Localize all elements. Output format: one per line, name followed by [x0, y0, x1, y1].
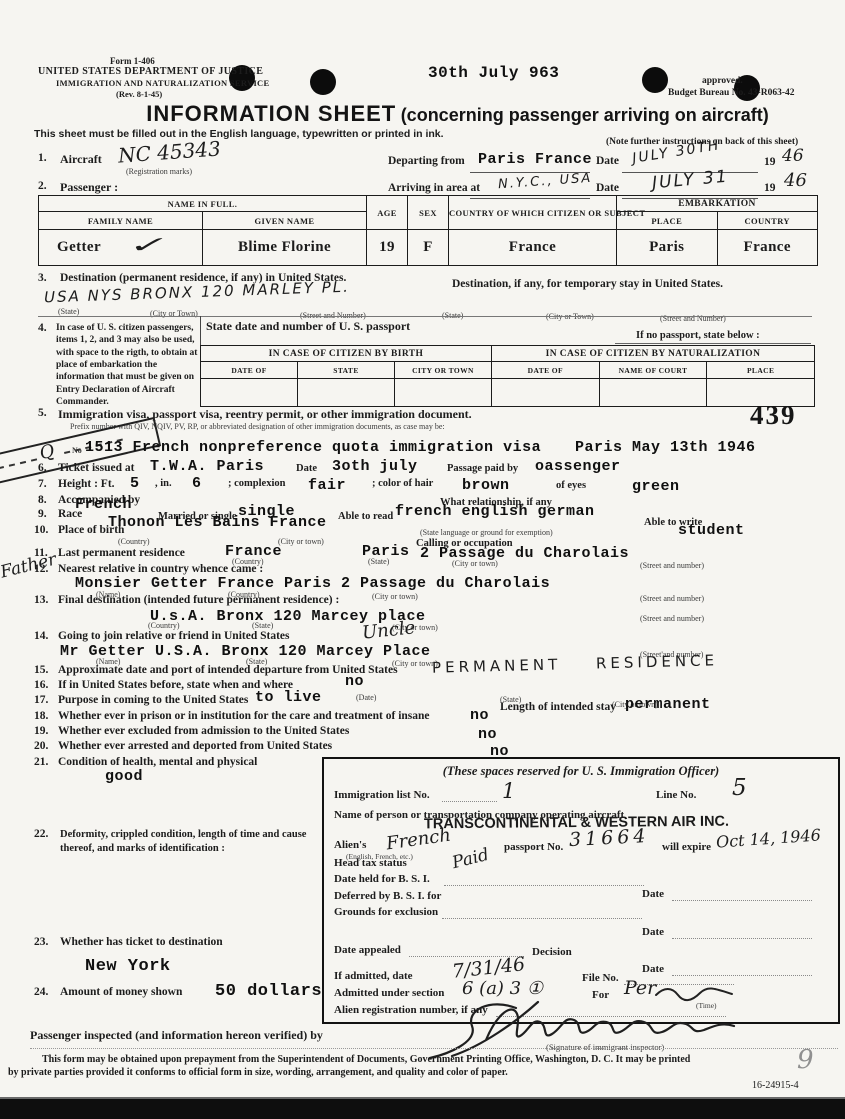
sex-header: SEX [408, 196, 449, 230]
item21-number: 21. [34, 756, 48, 768]
dotted-leader [442, 917, 642, 919]
embarkation-header: EMBARKATION [617, 196, 818, 212]
corner-stamp-letter: Q [37, 440, 56, 464]
footer-line-1: This form may be obtained upon prepaymen… [42, 1054, 690, 1065]
officer-box-title: (These spaces reserved for U. S. Immigra… [324, 764, 838, 779]
citizenship-table: IN CASE OF CITIZEN BY BIRTH IN CASE OF C… [200, 345, 815, 407]
item10-number: 10. [34, 524, 48, 536]
passport-no-label: passport No. [504, 841, 563, 853]
able-to-read-value: french english german [395, 503, 595, 520]
birth-state-col: STATE [298, 362, 395, 379]
ticket-destination-value: New York [85, 957, 171, 976]
departure-year-value: 46 [782, 146, 804, 166]
rule [38, 316, 812, 317]
dotted-leader [672, 937, 812, 939]
state-label: (State) [58, 307, 79, 316]
departing-from-label: Departing from [388, 155, 465, 167]
citizen-country-value: France [449, 230, 617, 266]
nat-date-col: DATE OF [492, 362, 600, 379]
arrival-year-prefix: 19 [764, 182, 776, 194]
ticket-issued-value: T.W.A. Paris [150, 458, 264, 475]
admitted-section-value: 6 (a) 3 ① [462, 978, 543, 999]
item17-label: Purpose in coming to the United States [58, 694, 248, 706]
print-code: 16-24915-4 [752, 1080, 799, 1091]
item24-number: 24. [34, 986, 48, 998]
height-in-label: , in. [155, 478, 172, 489]
form-title: INFORMATION SHEET (concerning passenger … [70, 101, 845, 127]
citizen-country-header: COUNTRY OF WHICH CITIZEN OR SUBJECT [449, 196, 617, 230]
item9-number: 9. [38, 508, 47, 520]
form-title-paren: (concerning passenger arriving on aircra… [401, 105, 769, 125]
item3-right-label: Destination, if any, for temporary stay … [452, 278, 723, 290]
relative-relationship-value: Uncle [361, 617, 416, 643]
date-label: Date [642, 963, 664, 975]
item1-label: Aircraft [60, 152, 102, 167]
excluded-answer: no [478, 726, 497, 743]
head-tax-label: Head tax status [334, 857, 407, 869]
height-in-value: 6 [192, 475, 202, 492]
item4-note: In case of U. S. citizen passengers, ite… [56, 322, 198, 408]
line-no-label: Line No. [656, 789, 696, 801]
decision-label: Decision [532, 946, 572, 958]
bsi-deferred-label: Deferred by B. S. I. for [334, 890, 441, 902]
service-title: IMMIGRATION AND NATURALIZATION SERVICE [56, 78, 269, 88]
hair-color-value: brown [462, 477, 510, 494]
embark-country-value: France [717, 230, 818, 266]
nearest-relative-value: Monsier Getter France Paris 2 Passage du… [75, 575, 550, 592]
handwritten-checkmark: ✓ [121, 232, 169, 258]
item22-number: 22. [34, 828, 48, 840]
item20-label: Whether ever arrested and deported from … [58, 740, 332, 752]
race-value: French [75, 496, 132, 513]
footer-line-2: by private parties provided it conforms … [8, 1067, 508, 1078]
arriving-value: N.Y.C., USA [498, 171, 593, 193]
passage-paid-value: oassenger [535, 458, 621, 475]
street-label: (Street and number) [640, 614, 704, 623]
item7-label: Height : Ft. [58, 478, 115, 490]
immigration-list-label: Immigration list No. [334, 789, 430, 801]
purpose-value: to live [255, 689, 322, 706]
nat-court-col: NAME OF COURT [599, 362, 707, 379]
name-in-full-header: NAME IN FULL. [39, 196, 367, 212]
departing-from-value: Paris France [478, 151, 592, 168]
will-expire-label: will expire [662, 841, 711, 853]
in-us-before-value: no [345, 673, 364, 690]
state-label: (State) [368, 557, 389, 566]
date-label: (Date) [356, 693, 376, 702]
fill-instruction: This sheet must be filled out in the Eng… [34, 128, 444, 140]
city-label: (City or town) [452, 559, 498, 568]
stamp-number-439: 439 [750, 400, 797, 431]
item23-number: 23. [34, 936, 48, 948]
passage-paid-label: Passage paid by [447, 463, 518, 474]
aircraft-registration-value: NC 45343 [117, 136, 221, 167]
expire-date-value: Oct 14, 1946 [715, 825, 821, 851]
prison-answer: no [470, 707, 489, 724]
passport-no-value: 31664 [568, 825, 649, 851]
typed-date-stamp: 30th July 963 [428, 64, 559, 82]
department-title: UNITED STATES DEPARTMENT OF JUSTICE [38, 66, 263, 77]
item8-number: 8. [38, 494, 47, 506]
punch-hole-mark [310, 69, 336, 95]
item4-number: 4. [38, 322, 47, 334]
state-label: (State) [252, 621, 273, 630]
city-label: (City or town) [372, 592, 418, 601]
immigration-visa-value: 1513 French nonpreference quota immigrat… [85, 439, 541, 456]
item3-number: 3. [38, 272, 47, 284]
dotted-leader [442, 800, 497, 802]
item19-number: 19. [34, 725, 48, 737]
city-label: (City or town) [278, 537, 324, 546]
item5-number: 5. [38, 407, 47, 419]
dotted-leader [672, 899, 812, 901]
approved-note: approved. [702, 76, 743, 86]
bsi-held-label: Date held for B. S. I. [334, 873, 430, 885]
language-exemption-label: (State language or ground for exemption) [420, 528, 553, 537]
passport-label: State date and number of U. S. passport [206, 319, 410, 334]
punch-hole-mark [642, 67, 668, 93]
item18-label: Whether ever in prison or in institution… [58, 710, 430, 722]
birth-city-col: CITY OR TOWN [395, 362, 492, 379]
place-of-birth-value: Thonon Les Bains France [108, 514, 327, 531]
item15-number: 15. [34, 664, 48, 676]
item14-number: 14. [34, 630, 48, 642]
item7-number: 7. [38, 478, 47, 490]
for-value: Per [624, 977, 656, 999]
visa-place-date-value: Paris May 13th 1946 [575, 439, 756, 456]
able-to-read-label: Able to read [338, 511, 393, 522]
arrival-year-value: 46 [784, 170, 807, 191]
item20-number: 20. [34, 740, 48, 752]
money-amount-value: 50 dollars [215, 982, 322, 1001]
citizen-by-naturalization-header: IN CASE OF CITIZEN BY NATURALIZATION [492, 346, 815, 362]
empty-row [201, 379, 815, 407]
country-label: (Country) [148, 621, 180, 630]
nat-place-col: PLACE [707, 362, 815, 379]
item18-number: 18. [34, 710, 48, 722]
arrival-date-value: JULY 31 [651, 167, 729, 194]
pencil-page-number: 9 [797, 1045, 814, 1075]
family-name-header: FAMILY NAME [39, 212, 203, 230]
eyes-label: of eyes [556, 480, 586, 491]
date-label: Date [642, 888, 664, 900]
item5-no-prefix: No [72, 446, 82, 455]
item2-number: 2. [38, 180, 47, 192]
scanned-form-page: Form 1-406 UNITED STATES DEPARTMENT OF J… [0, 0, 845, 1119]
given-name-header: GIVEN NAME [203, 212, 367, 230]
item17-number: 17. [34, 694, 48, 706]
date-label: Date [642, 926, 664, 938]
stamp-dashes [0, 458, 37, 469]
item5-label: Immigration visa, passport visa, reentry… [58, 407, 472, 422]
grounds-exclusion-label: Grounds for exclusion [334, 906, 438, 918]
date-appealed-label: Date appealed [334, 944, 401, 956]
item2-label: Passenger : [60, 180, 118, 195]
departure-date-label: Date [596, 155, 619, 167]
head-tax-value: Paid [450, 845, 491, 873]
height-ft-value: 5 [130, 475, 140, 492]
arriving-label: Arriving in area at [388, 182, 480, 194]
hair-color-label: ; color of hair [372, 478, 433, 489]
item6-number: 6. [38, 462, 47, 474]
occupation-value: student [678, 522, 745, 539]
item14-label: Going to join relative or friend in Unit… [58, 630, 289, 642]
sex-value: F [408, 230, 449, 266]
eyes-value: green [632, 478, 680, 495]
age-value: 19 [367, 230, 408, 266]
complexion-value: fair [308, 477, 346, 494]
budget-bureau-note: Budget Bureau No. 43-R063-42 [668, 88, 795, 98]
item16-number: 16. [34, 679, 48, 691]
street-label: (Street and number) [640, 594, 704, 603]
revision-note: (Rev. 8-1-45) [116, 89, 162, 99]
item19-label-text: Whether ever excluded from admission to … [58, 725, 349, 737]
immigration-officer-box: (These spaces reserved for U. S. Immigra… [322, 757, 840, 1024]
arrival-date-label: Date [596, 182, 619, 194]
dotted-leader [30, 1047, 838, 1049]
rule [200, 316, 201, 346]
file-no-label: File No. [582, 972, 619, 984]
embark-country-header: COUNTRY [717, 212, 818, 230]
item1-number: 1. [38, 152, 47, 164]
item24-label: Amount of money shown [60, 986, 182, 998]
item13-label: Final destination (intended future perma… [58, 594, 339, 606]
line-no-value: 5 [732, 775, 747, 801]
length-of-stay-label: Length of intended stay [500, 701, 616, 713]
health-condition-value: good [105, 768, 143, 785]
relative-margin-note: Father [0, 549, 58, 582]
item11-label: Last permanent residence [58, 547, 185, 559]
item12-label: Nearest relative in country whence came … [58, 563, 263, 575]
ticket-date-value: 3oth july [332, 458, 418, 475]
birth-date-col: DATE OF [201, 362, 298, 379]
scan-bottom-bar [0, 1099, 845, 1119]
embark-place-value: Paris [617, 230, 718, 266]
street-label: (Street and number) [640, 561, 704, 570]
item13-number: 13. [34, 594, 48, 606]
dotted-leader [444, 884, 644, 886]
if-admitted-label: If admitted, date [334, 970, 413, 982]
immigration-list-value: 1 [502, 779, 515, 803]
given-name-value: Blime Florine [203, 230, 367, 266]
form-number: Form 1-406 [110, 56, 155, 66]
rule [615, 343, 811, 344]
item21-label: Condition of health, mental and physical [58, 756, 257, 768]
aliens-label: Alien's [334, 839, 366, 851]
length-of-stay-value: permanent [625, 696, 711, 713]
age-header: AGE [367, 196, 408, 230]
item23-label: Whether has ticket to destination [60, 936, 223, 948]
dotted-leader [672, 974, 812, 976]
country-label: (Country) [118, 537, 150, 546]
item6-label: Ticket issued at [58, 462, 134, 474]
departure-intent-value: PERMANENT RESIDENCE [432, 651, 718, 676]
complexion-label: ; complexion [228, 478, 285, 489]
ticket-date-label: Date [296, 463, 317, 474]
passenger-inspected-label: Passenger inspected (and information her… [30, 1028, 323, 1043]
item22-label: Deformity, crippled condition, length of… [60, 828, 318, 856]
registration-marks-label: (Registration marks) [126, 167, 192, 176]
citizen-by-birth-header: IN CASE OF CITIZEN BY BIRTH [201, 346, 492, 362]
departure-year-prefix: 19 [764, 156, 776, 168]
form-title-main: INFORMATION SHEET [146, 101, 396, 126]
aliens-language-value: French [385, 825, 452, 855]
no-passport-label: If no passport, state below : [636, 330, 760, 341]
